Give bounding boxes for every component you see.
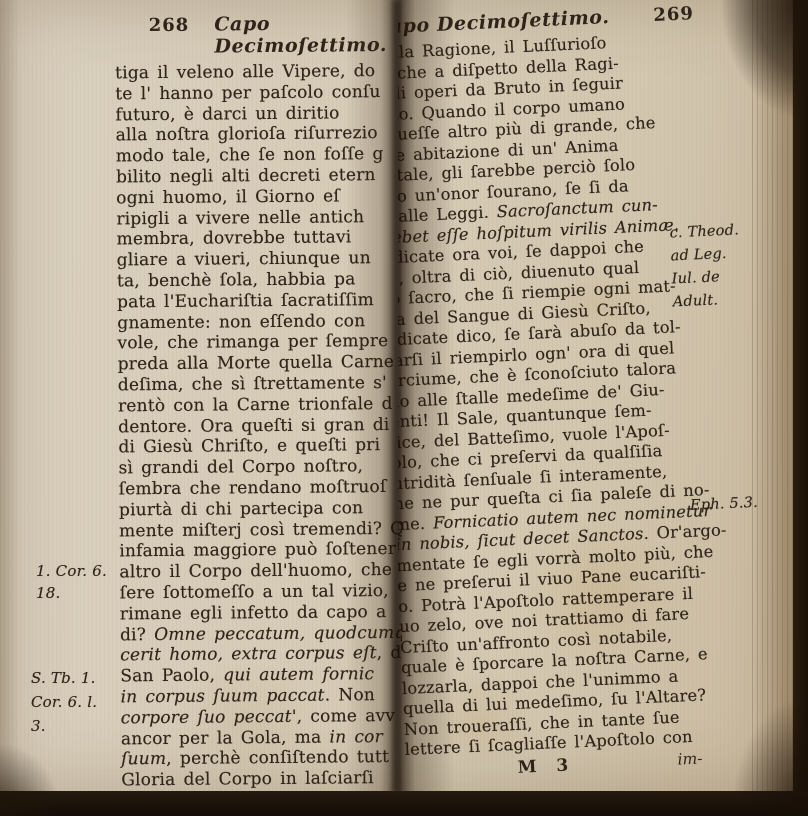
margin-note-line: Adult. <box>672 288 742 314</box>
body-text: Gloria del Corpo in laſciarſi <box>121 768 374 790</box>
text-line: ſembra che rendano moſtruoſ <box>119 477 402 500</box>
text-line: ta, benchè ſola, habbia pa <box>117 269 402 292</box>
margin-note-cod-theod: c. Theod. ad Leg. Iul. de Adult. <box>669 219 742 314</box>
body-text: ogni huomo, il Giorno eſ <box>116 186 340 208</box>
text-line: te l' hanno per paſcolo conſu <box>115 81 402 104</box>
body-text: , perchè conſiſtendo tutt <box>166 747 389 769</box>
cover-corner-bottom-left <box>0 742 62 816</box>
text-line: ſuum, perchè conſiſtendo tutt <box>121 747 402 770</box>
text-line: ancor per la Gola, ma in cor <box>121 726 402 749</box>
body-text: te l' hanno per paſcolo conſu <box>115 82 380 104</box>
text-line: mente miſterj così tremendi? Q <box>119 518 402 541</box>
page-left: 268 Capo Decimoſettimo. tiga il veleno a… <box>0 0 402 793</box>
body-text: , come avv <box>297 706 396 727</box>
text-line: modo tale, che ſe non foſſe g <box>116 144 402 167</box>
text-line: gnamente: non eſſendo con <box>117 310 402 333</box>
text-line: deſima, che sì ſtrettamente s' <box>118 373 402 396</box>
text-line: in corpus ſuum paccat. Non <box>120 685 402 708</box>
body-text: sì grandi del Corpo noſtro, <box>118 456 363 478</box>
signature-mark: M 3 <box>517 755 568 777</box>
margin-note-1cor6: 1. Cor. 6. 18. <box>36 560 107 604</box>
body-text: pata l'Euchariſtia ſacratiſſim <box>117 290 374 312</box>
text-line: rimane egli infetto da capo a <box>120 601 402 624</box>
latin-quote: corpore ſuo peccat' <box>121 706 297 728</box>
body-text: modo tale, che ſe non foſſe g <box>116 144 384 166</box>
body-text: preda alla Morte quella Carne <box>118 352 395 374</box>
margin-note-line: c. Theod. <box>669 219 739 245</box>
body-text: . Or'argo- <box>643 520 727 543</box>
body-text: membra, dovrebbe tuttavi <box>116 228 351 250</box>
margin-note-line: 18. <box>36 582 107 604</box>
latin-quote: Omne peccatum, quodcumque <box>154 622 402 644</box>
text-line: di? Omne peccatum, quodcumque <box>120 622 402 645</box>
body-text: futuro, è darci un diritio <box>115 103 339 125</box>
latin-quote: in corpus ſuum paccat <box>120 685 324 707</box>
text-line: piurtà di chi partecipa con <box>119 497 402 520</box>
scan-edge-bottom <box>0 791 808 816</box>
latin-quote: ſuum <box>121 749 166 769</box>
body-text: piurtà di chi partecipa con <box>119 498 363 520</box>
body-text: altro il Corpo dell'huomo, che <box>119 560 392 582</box>
body-text: me. <box>398 513 433 534</box>
cover-corner-bottom-right <box>730 695 808 816</box>
text-line: gliare a viueri, chiunque un <box>117 248 402 271</box>
page-right: Capo Decimoſettimo. 269 dalla Ragione, i… <box>398 0 794 793</box>
scan-edge-right <box>793 0 808 816</box>
margin-note-line: 3. <box>31 714 97 738</box>
margin-note-ephesians: Eph. 5.3. <box>690 492 759 517</box>
body-text: vole, che rimanga per ſempre <box>117 331 388 353</box>
margin-note-line: ad Leg. <box>670 242 740 268</box>
text-line: ogni huomo, il Giorno eſ <box>116 185 402 208</box>
page-left-content: 268 Capo Decimoſettimo. tiga il veleno a… <box>115 12 402 792</box>
body-text: alla noſtra glorioſa riſurrezio <box>116 123 378 145</box>
body-text: ſere ſottomeſſo a un tal vizio, <box>120 581 389 603</box>
latin-quote: cerit homo, extra corpus eſt <box>120 643 377 665</box>
body-text: mente miſterj così tremendi? Q <box>119 518 402 540</box>
text-line: di Giesù Chriſto, e queſti pri <box>118 435 402 458</box>
margin-note-line: Cor. 6. l. <box>31 690 97 714</box>
body-text: deſima, che sì ſtrettamente s' <box>118 373 387 395</box>
page-edges-right <box>752 0 794 793</box>
page-number-right: 269 <box>653 3 694 26</box>
body-text: ripigli a vivere nelle antich <box>116 207 364 229</box>
page-number-left: 268 <box>149 15 190 36</box>
text-line: altro il Corpo dell'huomo, che <box>119 560 402 583</box>
body-text: gliare a viueri, chiunque un <box>117 248 371 270</box>
book-scan: 268 Capo Decimoſettimo. tiga il veleno a… <box>0 0 808 816</box>
margin-note-line: 1. Cor. 6. <box>36 560 107 582</box>
body-text: ſembra che rendano moſtruoſ <box>119 477 387 499</box>
body-text: di? <box>120 625 154 645</box>
margin-note-line: S. Tb. 1. <box>31 666 97 690</box>
body-text: infamia maggiore può ſoſtener <box>119 539 396 561</box>
text-line: tiga il veleno alle Vipere, do <box>115 61 402 84</box>
page-body-left: tiga il veleno alle Vipere, dote l' hann… <box>115 61 402 792</box>
margin-note-line: Eph. 5.3. <box>690 492 759 517</box>
body-text: bilito negli alti decreti etern <box>116 165 376 187</box>
running-header-left: Capo Decimoſettimo. <box>214 12 402 58</box>
text-line: ripigli a vivere nelle antich <box>116 206 402 229</box>
text-line: rentò con la Carne trionfale d <box>118 393 402 416</box>
body-text: dentore. Ora queſti si gran di <box>118 415 389 437</box>
body-text: rentò con la Carne trionfale d <box>118 394 393 416</box>
body-text: tiga il veleno alle Vipere, do <box>115 61 375 83</box>
page-header-left: 268 Capo Decimoſettimo. <box>115 12 402 59</box>
margin-note-sthomas: S. Tb. 1. Cor. 6. l. 3. <box>31 666 97 738</box>
body-text: San Paolo, <box>120 666 223 687</box>
body-text: ta, benchè ſola, habbia pa <box>117 269 356 291</box>
text-line: sì grandi del Corpo noſtro, <box>118 456 402 479</box>
text-line: bilito negli alti decreti etern <box>116 165 402 188</box>
text-line: corpore ſuo peccat', come avv <box>121 705 402 728</box>
text-line: alla noſtra glorioſa riſurrezio <box>116 123 402 146</box>
text-line: Gloria del Corpo in laſciarſi <box>121 768 402 791</box>
text-line: vole, che rimanga per ſempre <box>117 331 402 354</box>
body-text: ancor per la Gola, ma <box>121 727 330 749</box>
catchword: im- <box>677 749 703 768</box>
latin-quote: qui autem fornic <box>223 664 374 685</box>
text-line: preda alla Morte quella Carne <box>118 352 402 375</box>
text-line: membra, dovrebbe tuttavi <box>116 227 402 250</box>
body-text: di Giesù Chriſto, e queſti pri <box>118 435 380 457</box>
body-text: gnamente: non eſſendo con <box>117 311 365 333</box>
page-body-right: dalla Ragione, il Luſſurioſoe, che a diſ… <box>398 26 787 760</box>
body-text: rimane egli infetto da capo a <box>120 602 387 624</box>
text-line: cerit homo, extra corpus eſt, di <box>120 643 402 666</box>
text-line: San Paolo, qui autem fornic <box>120 664 402 687</box>
margin-note-line: Iul. de <box>671 265 741 291</box>
cover-corner-top-right <box>722 0 808 118</box>
body-text: . Non <box>325 685 376 705</box>
text-line: futuro, è darci un diritio <box>115 102 402 125</box>
text-line: ſere ſottomeſſo a un tal vizio, <box>120 581 402 604</box>
text-line: dentore. Ora queſti si gran di <box>118 414 402 437</box>
latin-quote: in cor <box>329 727 383 747</box>
text-line: infamia maggiore può ſoſtener <box>119 539 402 562</box>
text-line: pata l'Euchariſtia ſacratiſſim <box>117 289 402 312</box>
